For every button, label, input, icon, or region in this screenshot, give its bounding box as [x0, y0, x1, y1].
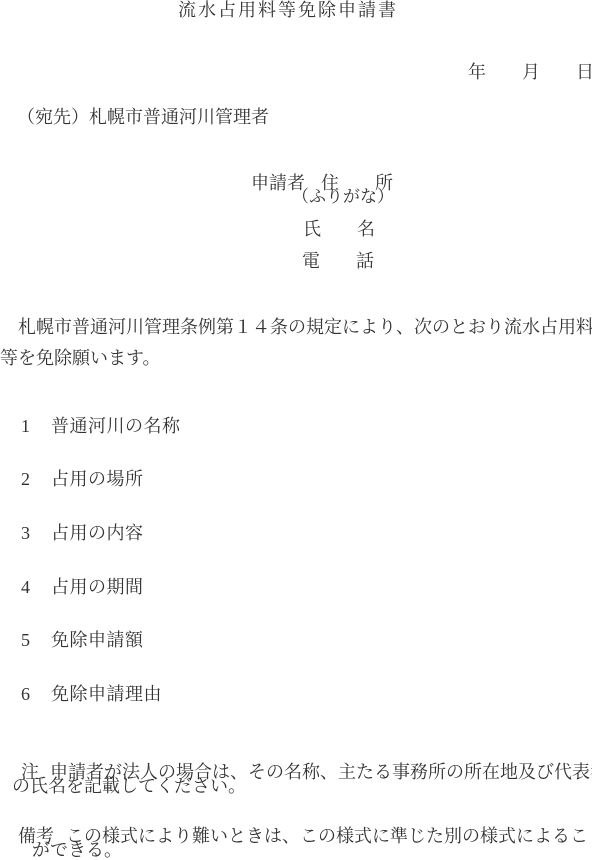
list-item-5: 5免除申請額	[3, 613, 144, 667]
body-text-line-2: 等を免除願います。	[0, 349, 161, 367]
phone-label: 電 話	[302, 252, 374, 270]
name-label: 氏 名	[303, 220, 375, 238]
item-number: 3	[21, 524, 51, 542]
remarks-text: この様式により難いときは、この様式に準じた別の様式によること	[66, 826, 592, 846]
item-number: 4	[21, 578, 51, 596]
item-label: 占用の期間	[51, 577, 144, 597]
item-number: 2	[21, 470, 51, 488]
addressee-line: （宛先）札幌市普通河川管理者	[17, 108, 269, 126]
list-item-2: 2占用の場所	[3, 452, 144, 506]
item-label: 免除申請額	[51, 630, 144, 650]
list-item-4: 4占用の期間	[3, 560, 144, 614]
document-page: 流水占用料等免除申請書 年 月 日 （宛先）札幌市普通河川管理者 申請者住 所 …	[0, 0, 592, 860]
item-number: 5	[21, 631, 51, 649]
item-number: 1	[21, 417, 51, 435]
list-item-3: 3占用の内容	[3, 506, 144, 560]
item-label: 免除申請理由	[51, 684, 162, 704]
item-label: 占用の場所	[51, 469, 144, 489]
body-text-line-1: 札幌市普通河川管理条例第１４条の規定により、次のとおり流水占用料	[0, 318, 592, 336]
page-title: 流水占用料等免除申請書	[178, 1, 398, 19]
item-label: 普通河川の名称	[51, 416, 181, 436]
item-number: 6	[21, 685, 51, 703]
note-line-2: の氏名を記載してください。	[12, 777, 246, 795]
item-label: 占用の内容	[51, 523, 144, 543]
date-line: 年 月 日	[468, 63, 592, 81]
list-item-1: 1普通河川の名称	[3, 399, 181, 453]
furigana-label: （ふりがな）	[292, 188, 394, 206]
remarks-line-2: ができる。	[32, 841, 122, 859]
list-item-6: 6免除申請理由	[3, 667, 162, 721]
